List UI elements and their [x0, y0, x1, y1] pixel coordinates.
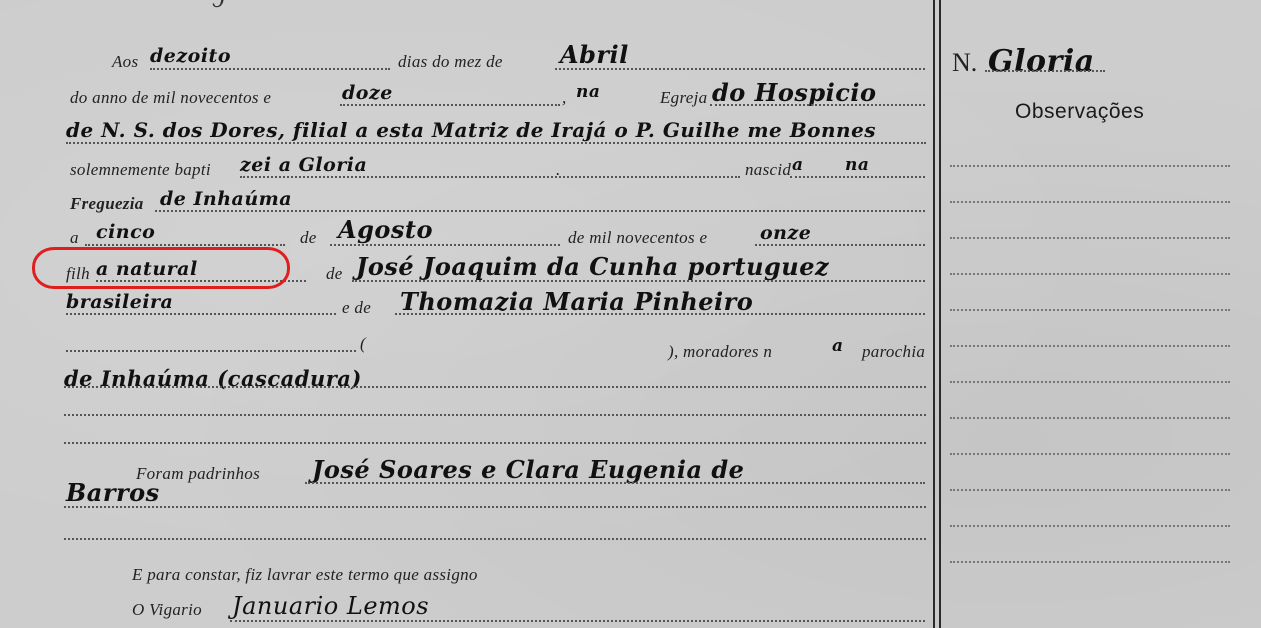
- baptism-year: doze: [342, 82, 393, 104]
- signature-line: [230, 620, 925, 622]
- observation-line: [950, 273, 1230, 275]
- closing-text: E para constar, fiz lavrar este termo qu…: [132, 565, 478, 585]
- text-e-de: e de: [342, 298, 371, 318]
- vicar-signature: Januario Lemos: [232, 592, 429, 620]
- red-highlight-ellipse: [32, 247, 290, 289]
- text-de-father: de: [326, 264, 343, 284]
- text-de-mil-novecentos: de mil novecentos e: [568, 228, 707, 248]
- field-line: [66, 350, 356, 352]
- observation-line: [950, 489, 1230, 491]
- observations-title: Observações: [1015, 100, 1144, 124]
- field-line: [155, 210, 925, 212]
- born-na: na: [845, 155, 869, 175]
- field-line: [330, 244, 560, 246]
- text-aos: Aos: [112, 52, 138, 72]
- observation-line: [950, 417, 1230, 419]
- text-de: de: [300, 228, 317, 248]
- field-line: [710, 104, 925, 106]
- column-divider-right: [939, 0, 941, 628]
- column-divider-left: [933, 0, 935, 628]
- number-dotted-line: [985, 70, 1105, 72]
- text-period: .: [556, 160, 561, 180]
- field-line: [555, 68, 925, 70]
- field-line: [64, 386, 926, 388]
- birth-month: Agosto: [338, 215, 433, 244]
- text-nascid: nascid: [745, 160, 791, 180]
- field-line: [85, 244, 285, 246]
- field-line: [66, 142, 926, 144]
- field-line: [305, 482, 925, 484]
- text-moradores: ), moradores n: [668, 342, 772, 362]
- observation-line: [950, 561, 1230, 563]
- field-line: [64, 538, 926, 540]
- register-page: ↄ N. Gloria Observações Aos dezoito dias…: [0, 0, 1261, 628]
- baptism-month: Abril: [560, 40, 629, 69]
- godparents-names-continuation: Barros: [66, 478, 160, 507]
- field-line: [755, 244, 925, 246]
- text-o-vigario: O Vigario: [132, 600, 202, 620]
- field-line: [352, 280, 925, 282]
- text-anno: do anno de mil novecentos e: [70, 88, 271, 108]
- text-solemnemente: solemnemente bapti: [70, 160, 211, 180]
- observation-line: [950, 165, 1230, 167]
- text-freguezia: Freguezia: [70, 194, 144, 214]
- church-continuation: de N. S. dos Dores, filial a esta Matriz…: [66, 118, 876, 142]
- text-egreja: Egreja: [660, 88, 707, 108]
- observation-line: [950, 381, 1230, 383]
- birth-year: onze: [760, 222, 811, 244]
- observation-line: [950, 525, 1230, 527]
- baptized-name: zei a Gloria: [240, 154, 367, 176]
- birth-day: cinco: [96, 221, 155, 243]
- observation-line: [950, 309, 1230, 311]
- born-suffix: a: [792, 155, 804, 175]
- church-name: do Hospicio: [712, 78, 876, 107]
- field-line: [64, 506, 926, 508]
- observation-line: [950, 453, 1230, 455]
- baptism-day: dezoito: [150, 45, 231, 67]
- observation-line: [950, 345, 1230, 347]
- text-open-paren: (: [360, 334, 366, 354]
- text-dias-do-mez: dias do mez de: [398, 52, 503, 72]
- text-a: a: [70, 228, 79, 248]
- observation-line: [950, 201, 1230, 203]
- text-na: na: [576, 82, 600, 102]
- field-line: [395, 313, 925, 315]
- field-line: [66, 313, 336, 315]
- field-line: [150, 68, 390, 70]
- field-line: [64, 442, 926, 444]
- father-name: José Joaquim da Cunha portuguez: [356, 252, 829, 281]
- number-label: N.: [952, 48, 977, 78]
- field-line: [790, 176, 925, 178]
- birth-parish: de Inhaúma: [160, 188, 292, 210]
- mother-name: Thomazia Maria Pinheiro: [400, 287, 753, 316]
- field-line: [64, 414, 926, 416]
- stray-ink-mark: ↄ: [212, 0, 224, 13]
- godparents-names: José Soares e Clara Eugenia de: [312, 455, 744, 484]
- parish-name-handwritten: Gloria: [988, 44, 1095, 79]
- father-nationality: brasileira: [66, 291, 173, 313]
- residence-suffix: a: [832, 336, 844, 356]
- text-comma: ,: [562, 88, 567, 108]
- field-line: [340, 104, 560, 106]
- field-line: [240, 176, 740, 178]
- text-parochia: parochia: [862, 342, 925, 362]
- observation-line: [950, 237, 1230, 239]
